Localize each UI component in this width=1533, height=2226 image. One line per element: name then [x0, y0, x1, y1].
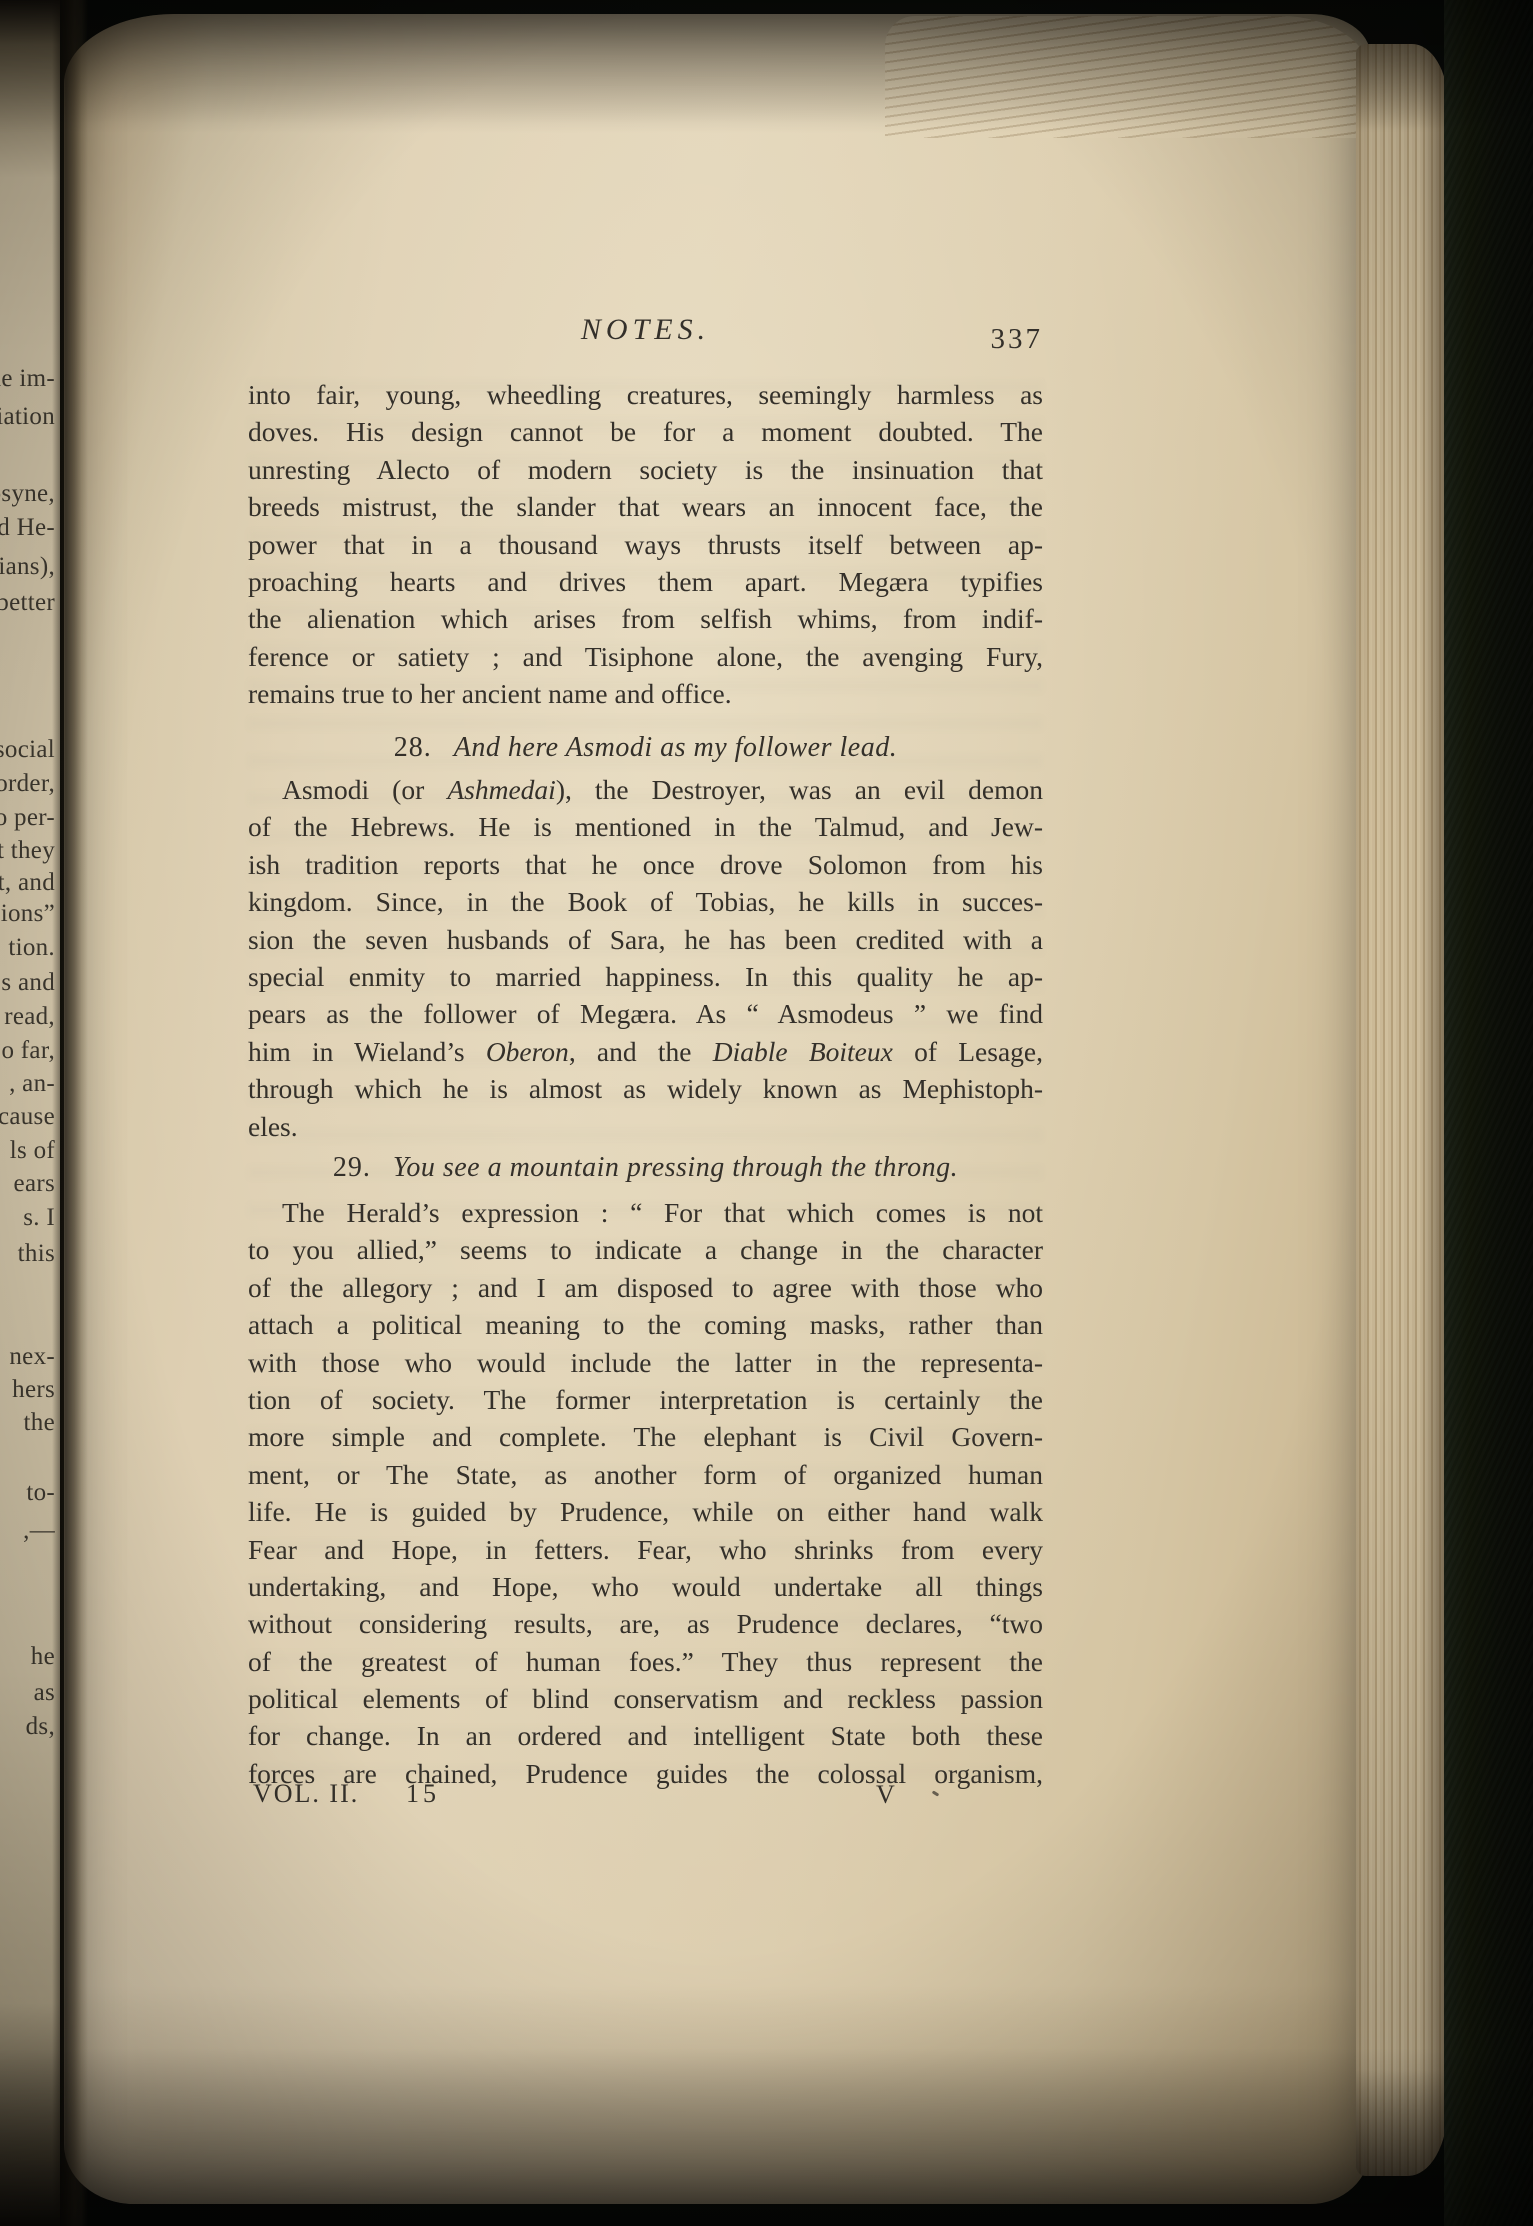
text: of the allegory ; and I am disposed to a… — [248, 1272, 1043, 1303]
text: special enmity to married happiness. In … — [248, 961, 1043, 992]
footer-volume: VOL. II. — [253, 1779, 359, 1809]
text: forces are chained, Prudence guides the … — [248, 1758, 1043, 1789]
text-line: ish tradition reports that he once drove… — [248, 846, 1043, 883]
text: of Lesage, — [893, 1036, 1043, 1067]
text-line: Fear and Hope, in fetters. Fear, who shr… — [248, 1531, 1043, 1568]
book-cover — [1444, 0, 1533, 2226]
text: tion of society. The former interpretati… — [248, 1384, 1043, 1415]
footer-sheet-number: 15 — [406, 1779, 440, 1809]
paragraph-herald: The Herald’s expression : “ For that whi… — [248, 1194, 1043, 1792]
note-29-title: You see a mountain pressing through the … — [393, 1152, 958, 1183]
text: power that in a thousand ways thrusts it… — [248, 529, 1043, 560]
text-line: life. He is guided by Prudence, while on… — [248, 1493, 1043, 1530]
facing-page-text-fragment: to- — [26, 1480, 55, 1505]
text: for change. In an ordered and intelligen… — [248, 1720, 1043, 1751]
text: kingdom. Since, in the Book of Tobias, h… — [248, 886, 1043, 917]
text: remains true to her ancient name and off… — [248, 678, 732, 709]
text-line: power that in a thousand ways thrusts it… — [248, 526, 1043, 563]
facing-page-text-fragment: the — [24, 1410, 55, 1435]
facing-page-text-fragment: order, — [0, 771, 55, 796]
text: sion the seven husbands of Sara, he has … — [248, 924, 1043, 955]
text: of the Hebrews. He is mentioned in the T… — [248, 811, 1043, 842]
text: ), the Destroyer, was an evil demon — [556, 774, 1043, 805]
facing-page-text-fragment: s. I — [23, 1205, 55, 1230]
page-number: 337 — [248, 320, 1043, 358]
facing-page-text-fragment: read, — [4, 1004, 55, 1029]
text: unresting Alecto of modern society is th… — [248, 454, 1043, 485]
facing-page-text-fragment: rosyne, — [0, 481, 55, 506]
facing-page-text-fragment: ions” — [1, 901, 55, 926]
facing-page-text-fragment: cause — [0, 1104, 55, 1129]
footer-signature-mark: V — [876, 1780, 895, 1810]
text-line: eles. — [248, 1108, 1043, 1145]
text: of the greatest of human foes.” They thu… — [248, 1646, 1043, 1677]
facing-page-text-fragment: o per- — [0, 805, 55, 830]
text: , and the — [569, 1036, 713, 1067]
italic-text: Diable Boiteux — [713, 1036, 893, 1067]
facing-page-text-fragment: s and — [1, 970, 55, 995]
text: doves. His design cannot be for a moment… — [248, 416, 1043, 447]
text: pears as the follower of Megæra. As “ As… — [248, 998, 1043, 1029]
text: ment, or The State, as another form of o… — [248, 1459, 1043, 1490]
text-line: of the greatest of human foes.” They thu… — [248, 1643, 1043, 1680]
facing-page-text-fragment: ears — [14, 1171, 55, 1196]
text-line: for change. In an ordered and intelligen… — [248, 1717, 1043, 1754]
text: eles. — [248, 1111, 298, 1142]
note-29-number: 29. — [333, 1152, 371, 1183]
text: breeds mistrust, the slander that wears … — [248, 491, 1043, 522]
text: him in Wieland’s — [248, 1036, 486, 1067]
text-line: through which he is almost as widely kno… — [248, 1070, 1043, 1107]
text-line: without considering results, are, as Pru… — [248, 1605, 1043, 1642]
facing-page-text-fragment: ls of — [10, 1138, 55, 1163]
text-line: him in Wieland’s Oberon, and the Diable … — [248, 1033, 1043, 1070]
text-line: undertaking, and Hope, who would underta… — [248, 1568, 1043, 1605]
text-line: special enmity to married happiness. In … — [248, 958, 1043, 995]
text: to you allied,” seems to indicate a chan… — [248, 1234, 1043, 1265]
text-line: more simple and complete. The elephant i… — [248, 1418, 1043, 1455]
text-line: ment, or The State, as another form of o… — [248, 1456, 1043, 1493]
facing-page-text-fragment: tion. — [8, 935, 55, 960]
text: ference or satiety ; and Tisiphone alone… — [248, 641, 1043, 672]
text-line: into fair, young, wheedling creatures, s… — [248, 376, 1043, 413]
text-line: pears as the follower of Megæra. As “ As… — [248, 995, 1043, 1032]
page-edges-top-stack — [885, 16, 1371, 138]
text: undertaking, and Hope, who would underta… — [248, 1571, 1043, 1602]
text: proaching hearts and drives them apart. … — [248, 566, 1043, 597]
facing-page-text-fragment: o far, — [1, 1038, 55, 1063]
text: attach a political meaning to the coming… — [248, 1309, 1043, 1340]
text-line: remains true to her ancient name and off… — [248, 675, 1043, 712]
text: with those who would include the latter … — [248, 1347, 1043, 1378]
text-line: The Herald’s expression : “ For that whi… — [248, 1194, 1043, 1231]
facing-page-text-fragment: , an- — [9, 1071, 55, 1096]
text: Asmodi (or — [282, 774, 447, 805]
text: the alienation which arises from selfish… — [248, 603, 1043, 634]
note-28-number: 28. — [394, 732, 432, 763]
text-line: forces are chained, Prudence guides the … — [248, 1755, 1043, 1792]
text: into fair, young, wheedling creatures, s… — [248, 379, 1043, 410]
text: without considering results, are, as Pru… — [248, 1608, 1043, 1639]
text-line: to you allied,” seems to indicate a chan… — [248, 1231, 1043, 1268]
text-line: sion the seven husbands of Sara, he has … — [248, 921, 1043, 958]
text: more simple and complete. The elephant i… — [248, 1421, 1043, 1452]
text-line: the alienation which arises from selfish… — [248, 600, 1043, 637]
note-29-heading: 29.You see a mountain pressing through t… — [248, 1149, 1043, 1186]
text-line: attach a political meaning to the coming… — [248, 1306, 1043, 1343]
facing-page-text-fragment: t, and — [0, 870, 55, 895]
note-28-heading: 28.And here Asmodi as my follower lead. — [248, 729, 1043, 766]
text-line: of the allegory ; and I am disposed to a… — [248, 1269, 1043, 1306]
facing-page-text-fragment: t they — [0, 838, 55, 863]
facing-page-text-fragment: ciation — [0, 404, 55, 429]
text-line: kingdom. Since, in the Book of Tobias, h… — [248, 883, 1043, 920]
italic-text: Ashmedai — [447, 774, 555, 805]
facing-page-text-fragment: ed He- — [0, 515, 55, 540]
facing-page-text-fragment: ,— — [23, 1518, 55, 1543]
paragraph-furies: into fair, young, wheedling creatures, s… — [248, 376, 1043, 713]
text-line: breeds mistrust, the slander that wears … — [248, 488, 1043, 525]
text-line: tion of society. The former interpretati… — [248, 1381, 1043, 1418]
italic-text: Oberon — [486, 1036, 569, 1067]
text: through which he is almost as widely kno… — [248, 1073, 1043, 1104]
text-line: ference or satiety ; and Tisiphone alone… — [248, 638, 1043, 675]
text: Fear and Hope, in fetters. Fear, who shr… — [248, 1534, 1043, 1565]
text: political elements of blind conservatism… — [248, 1683, 1043, 1714]
facing-page-text-fragment: nex- — [9, 1344, 55, 1369]
facing-page-text-fragment: social — [0, 737, 55, 762]
facing-page-sliver: the im-ciationrosyne,ed He-nians),better… — [0, 0, 60, 2226]
facing-page-text-fragment: nians), — [0, 554, 55, 579]
book-gutter — [52, 0, 88, 2226]
facing-page-text-fragment: the im- — [0, 366, 55, 391]
text-line: doves. His design cannot be for a moment… — [248, 413, 1043, 450]
text-line: unresting Alecto of modern society is th… — [248, 451, 1043, 488]
paragraph-asmodi: Asmodi (or Ashmedai), the Destroyer, was… — [248, 771, 1043, 1145]
note-28-title: And here Asmodi as my follower lead. — [454, 732, 897, 763]
text-line: Asmodi (or Ashmedai), the Destroyer, was… — [248, 771, 1043, 808]
facing-page-text-fragment: ds, — [26, 1714, 55, 1739]
text-line: political elements of blind conservatism… — [248, 1680, 1043, 1717]
text: life. He is guided by Prudence, while on… — [248, 1496, 1043, 1527]
book-photo: the im-ciationrosyne,ed He-nians),better… — [0, 0, 1533, 2226]
facing-page-text-fragment: hers — [12, 1377, 55, 1402]
facing-page-text-fragment: better — [0, 590, 55, 615]
facing-page-text-fragment: this — [18, 1241, 55, 1266]
text-line: with those who would include the latter … — [248, 1344, 1043, 1381]
page-edges-fore-edge — [1356, 44, 1448, 2176]
text: The Herald’s expression : “ For that whi… — [282, 1197, 1043, 1228]
text-line: of the Hebrews. He is mentioned in the T… — [248, 808, 1043, 845]
text-line: proaching hearts and drives them apart. … — [248, 563, 1043, 600]
text: ish tradition reports that he once drove… — [248, 849, 1043, 880]
